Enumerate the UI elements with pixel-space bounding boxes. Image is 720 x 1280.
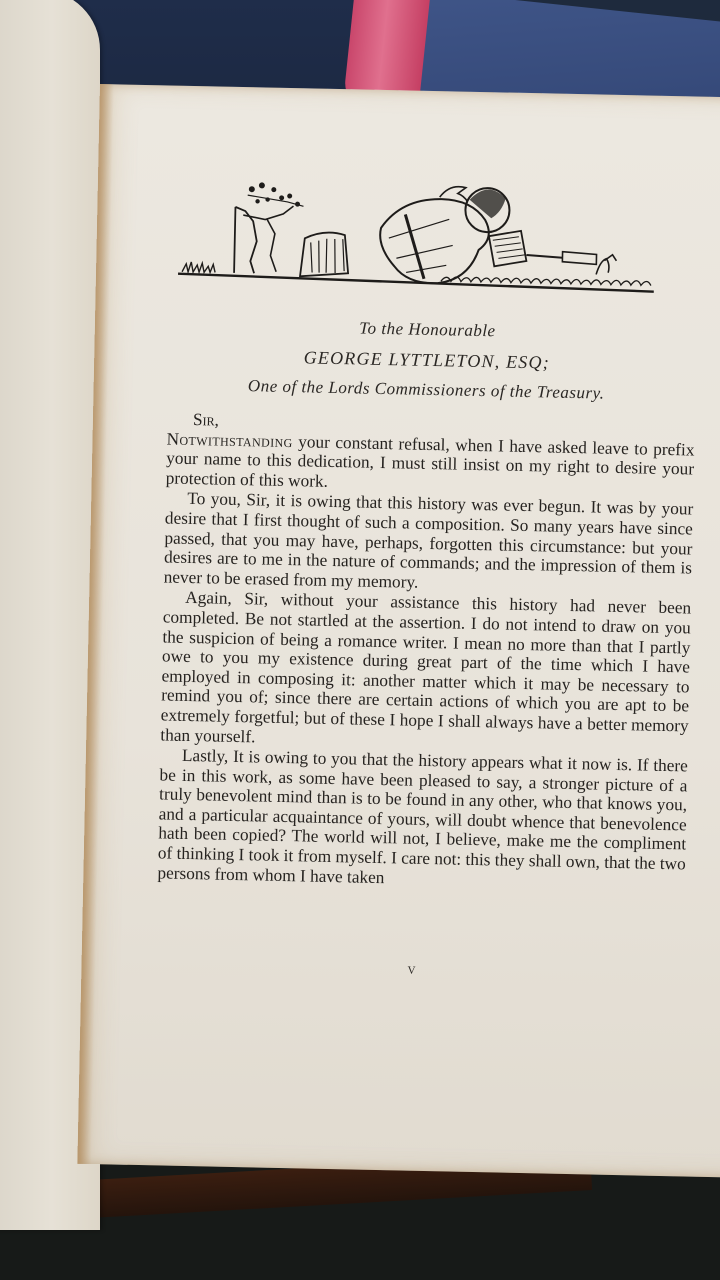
paragraph-3: Again, Sir, without your assistance this…	[160, 588, 691, 756]
paragraph-1-lead: Notwithstanding	[166, 429, 293, 451]
paragraph-4: Lastly, It is owing to you that the hist…	[157, 745, 688, 893]
paragraph-2: To you, Sir, it is owing that this histo…	[163, 489, 693, 598]
photo-scene: To the Honourable GEORGE LYTTLETON, ESQ;…	[0, 0, 720, 1280]
dedication-body: Sir, Notwithstanding your constant refus…	[157, 409, 695, 894]
woodcut-illustration-icon	[176, 174, 658, 299]
book-page: To the Honourable GEORGE LYTTLETON, ESQ;…	[77, 84, 720, 1178]
dedication-heading: To the Honourable GEORGE LYTTLETON, ESQ;…	[163, 309, 690, 410]
paragraph-1: Notwithstanding your constant refusal, w…	[166, 429, 695, 499]
page-number: v	[81, 954, 720, 986]
